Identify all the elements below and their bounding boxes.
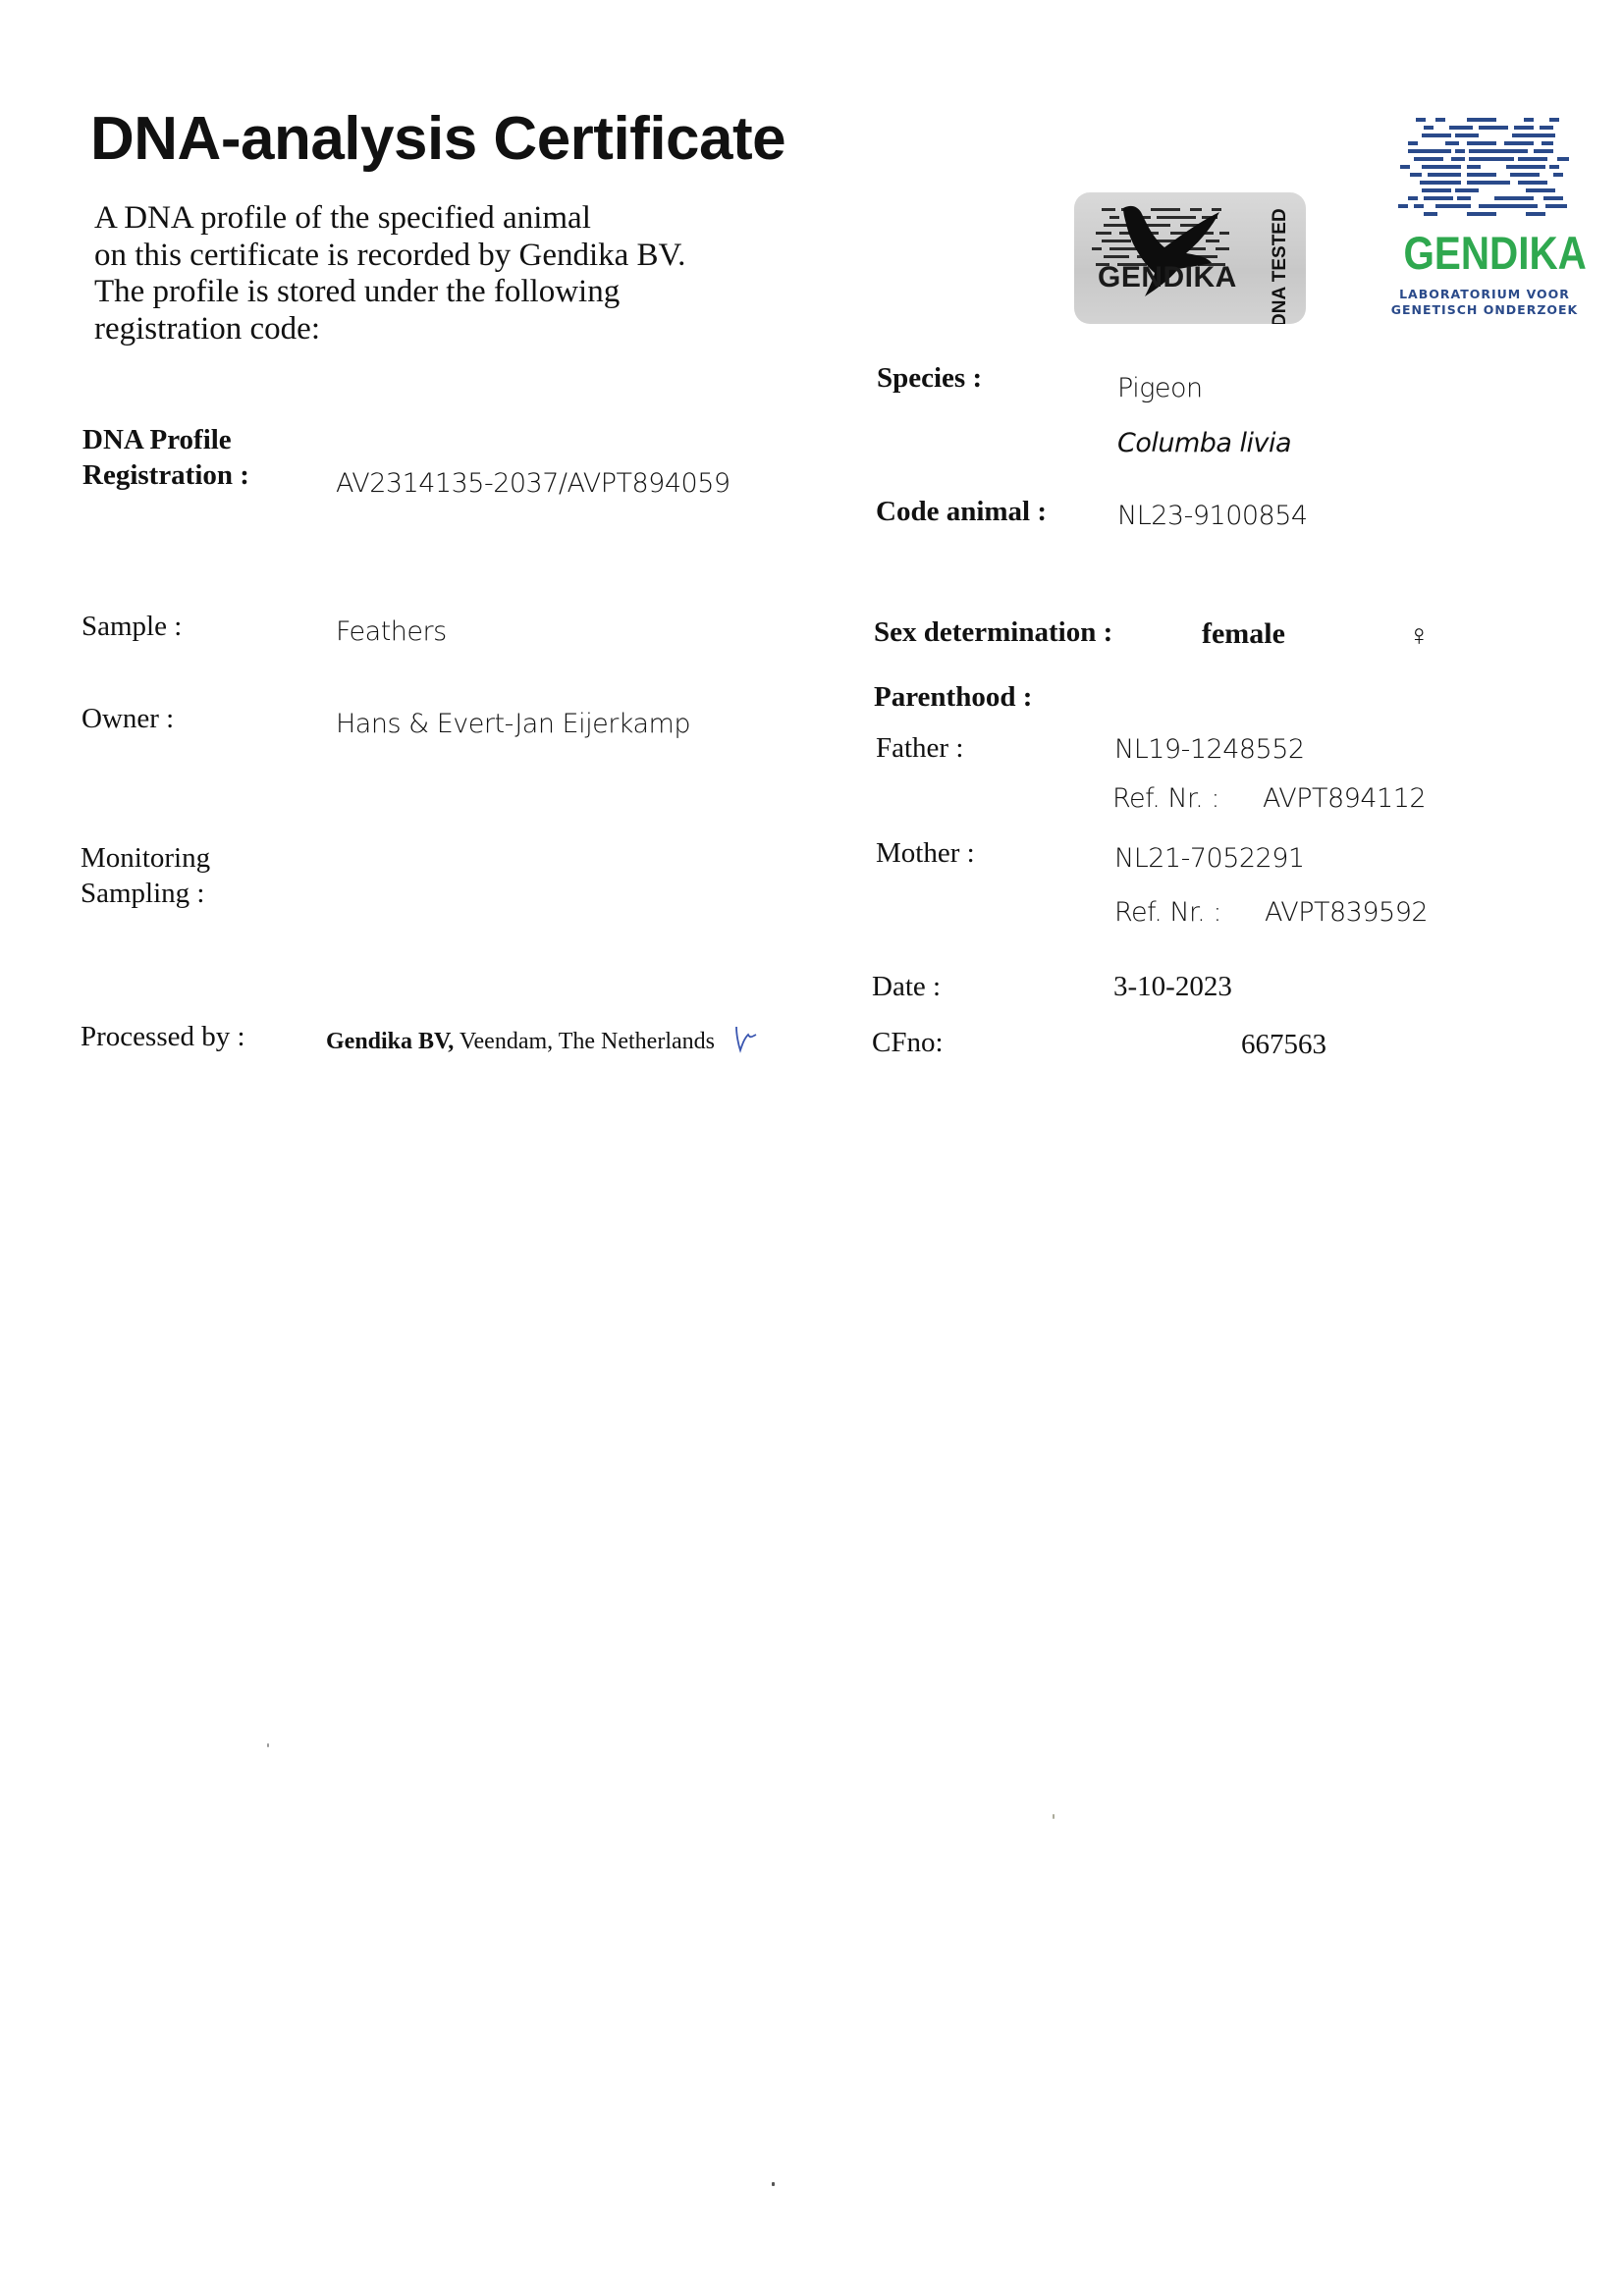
mother-value: NL21-7052291 [1114,841,1305,877]
date-value: 3-10-2023 [1113,969,1232,1004]
father-value: NL19-1248552 [1114,732,1305,768]
owner-label: Owner : [81,701,174,736]
logo-subtitle: LABORATORIUM VOOR GENETISCH ONDERZOEK [1390,287,1579,318]
owner-value: Hans & Evert-Jan Eijerkamp [336,707,690,742]
code-animal-value: NL23-9100854 [1117,499,1308,534]
dna-g-mark-icon [1396,116,1573,224]
processed-location: Veendam, The Netherlands [454,1029,715,1054]
cfno-value: 667563 [1241,1027,1326,1062]
dna-profile-value: AV2314135-2037/AVPT894059 [336,466,730,502]
badge-dna-tested-label: DNA TESTED [1270,209,1291,324]
sample-label: Sample : [81,609,182,644]
dna-profile-label-line: Registration : [82,457,249,493]
sex-value: female [1202,616,1285,652]
parenthood-label: Parenthood : [874,679,1032,715]
cfno-label: CFno: [872,1025,944,1060]
female-symbol-icon: ♀ [1408,618,1431,654]
intro-line: A DNA profile of the specified animal [94,200,685,238]
scan-speck [1053,1814,1055,1819]
scan-speck [772,2182,775,2186]
signature-mark [730,1021,760,1056]
species-latin-value: Columba livia [1117,426,1291,461]
gendika-logo: GENDIKA LABORATORIUM VOOR GENETISCH ONDE… [1390,116,1579,318]
monitoring-label-line: Sampling : [81,876,210,911]
mother-label: Mother : [876,835,975,871]
father-ref-label: Ref. Nr. : [1112,781,1219,817]
intro-line: The profile is stored under the followin… [94,274,685,311]
logo-subtitle-line: LABORATORIUM VOOR [1390,287,1579,302]
intro-line: on this certificate is recorded by Gendi… [94,238,685,275]
species-label: Species : [877,360,982,396]
intro-paragraph: A DNA profile of the specified animal on… [94,200,685,347]
certificate-title: DNA-analysis Certificate [90,104,785,174]
processed-by-value: Gendika BV, Veendam, The Netherlands [326,1024,715,1059]
processed-by-label: Processed by : [81,1019,245,1054]
scan-speck [267,1743,269,1747]
dna-profile-label: DNA Profile Registration : [82,422,249,493]
species-common-value: Pigeon [1117,371,1203,406]
dna-tested-badge: GENDIKA DNA TESTED [1074,192,1306,324]
monitoring-sampling-label: Monitoring Sampling : [81,840,210,911]
father-label: Father : [876,730,963,766]
mother-ref-label: Ref. Nr. : [1114,895,1221,931]
sex-determination-label: Sex determination : [874,614,1112,650]
code-animal-label: Code animal : [876,494,1047,529]
father-ref-value: AVPT894112 [1263,781,1426,817]
dna-profile-label-line: DNA Profile [82,422,249,457]
processed-company: Gendika BV, [326,1029,454,1054]
intro-line: registration code: [94,311,685,348]
logo-subtitle-line: GENETISCH ONDERZOEK [1390,302,1579,318]
sample-value: Feathers [336,614,447,650]
monitoring-label-line: Monitoring [81,840,210,876]
badge-brand: GENDIKA [1098,261,1237,294]
date-label: Date : [872,969,941,1004]
mother-ref-value: AVPT839592 [1265,895,1428,931]
logo-brand: GENDIKA [1403,230,1565,277]
